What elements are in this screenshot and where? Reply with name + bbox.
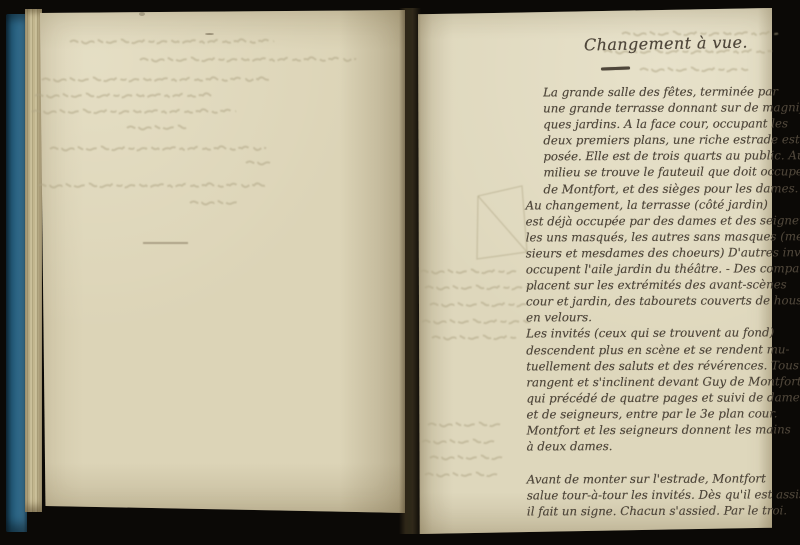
manuscript-line: Avant de monter sur l'estrade, Montfort: [483, 471, 773, 488]
manuscript-line: tuellement des saluts et des révérences.…: [482, 357, 772, 374]
manuscript-line: de Montfort, et des sièges pour les dame…: [481, 180, 771, 197]
left-page: [40, 10, 405, 513]
manuscript-paragraph: La grande salle des fêtes, terminée paru…: [481, 83, 771, 197]
manuscript-line: ques jardins. A la face cour, occupant l…: [481, 116, 771, 133]
manuscript-text: La grande salle des fêtes, terminée paru…: [481, 83, 773, 520]
manuscript-paragraph: Montfort et les seigneurs donnent les ma…: [483, 421, 773, 454]
manuscript-line: une grande terrasse donnant sur de magni…: [481, 99, 771, 116]
manuscript-line: milieu se trouve le fauteuil que doit oc…: [481, 164, 771, 181]
manuscript-line: est déjà occupée par des dames et des se…: [482, 212, 772, 229]
page-edge-stack: [25, 9, 42, 512]
manuscript-line: La grande salle des fêtes, terminée par: [481, 83, 771, 100]
manuscript-line: et de seigneurs, entre par le 3e plan co…: [482, 405, 772, 422]
manuscript-line: sieurs et mesdames des choeurs) D'autres…: [482, 244, 772, 261]
manuscript-line: en velours.: [482, 309, 772, 326]
manuscript-title: Changement à vue.: [584, 33, 748, 55]
notebook-cover-edge: [6, 14, 27, 532]
manuscript-paragraph: Les invités (ceux qui se trouvent au fon…: [482, 325, 772, 423]
manuscript-line: deux premiers plans, une riche estrade e…: [481, 132, 771, 149]
manuscript-line: cour et jardin, des tabourets couverts d…: [482, 293, 772, 310]
manuscript-paragraph: Avant de monter sur l'estrade, Montforts…: [483, 471, 773, 521]
manuscript-paragraph: Au changement, la terrasse (côté jardin)…: [482, 196, 773, 326]
ink-speck: [205, 33, 214, 35]
manuscript-line: posée. Elle est de trois quarts au publi…: [481, 148, 771, 165]
manuscript-line: salue tour-à-tour les invités. Dès qu'il…: [483, 487, 773, 504]
manuscript-line: descendent plus en scène et se rendent m…: [482, 341, 772, 358]
manuscript-line: occupent l'aile jardin du théâtre. - Des…: [482, 260, 772, 277]
manuscript-line: il fait un signe. Chacun s'assied. Par l…: [483, 503, 773, 520]
page-gutter: [399, 8, 421, 534]
manuscript-line: Les invités (ceux qui se trouvent au fon…: [482, 325, 772, 342]
manuscript-line: qui précédé de quatre pages et suivi de …: [482, 389, 772, 406]
manuscript-line: Montfort et les seigneurs donnent les ma…: [483, 421, 773, 438]
manuscript-line: à deux dames.: [483, 437, 773, 454]
manuscript-line: les uns masqués, les autres sans masques…: [482, 228, 772, 245]
manuscript-line: Au changement, la terrasse (côté jardin): [482, 196, 772, 213]
manuscript-line: placent sur les extrémités des avant-scè…: [482, 276, 772, 293]
paper-smudge: [139, 12, 145, 16]
manuscript-scan: Changement à vue. La grande salle des fê…: [0, 0, 800, 545]
manuscript-line: rangent et s'inclinent devant Guy de Mon…: [482, 373, 772, 390]
